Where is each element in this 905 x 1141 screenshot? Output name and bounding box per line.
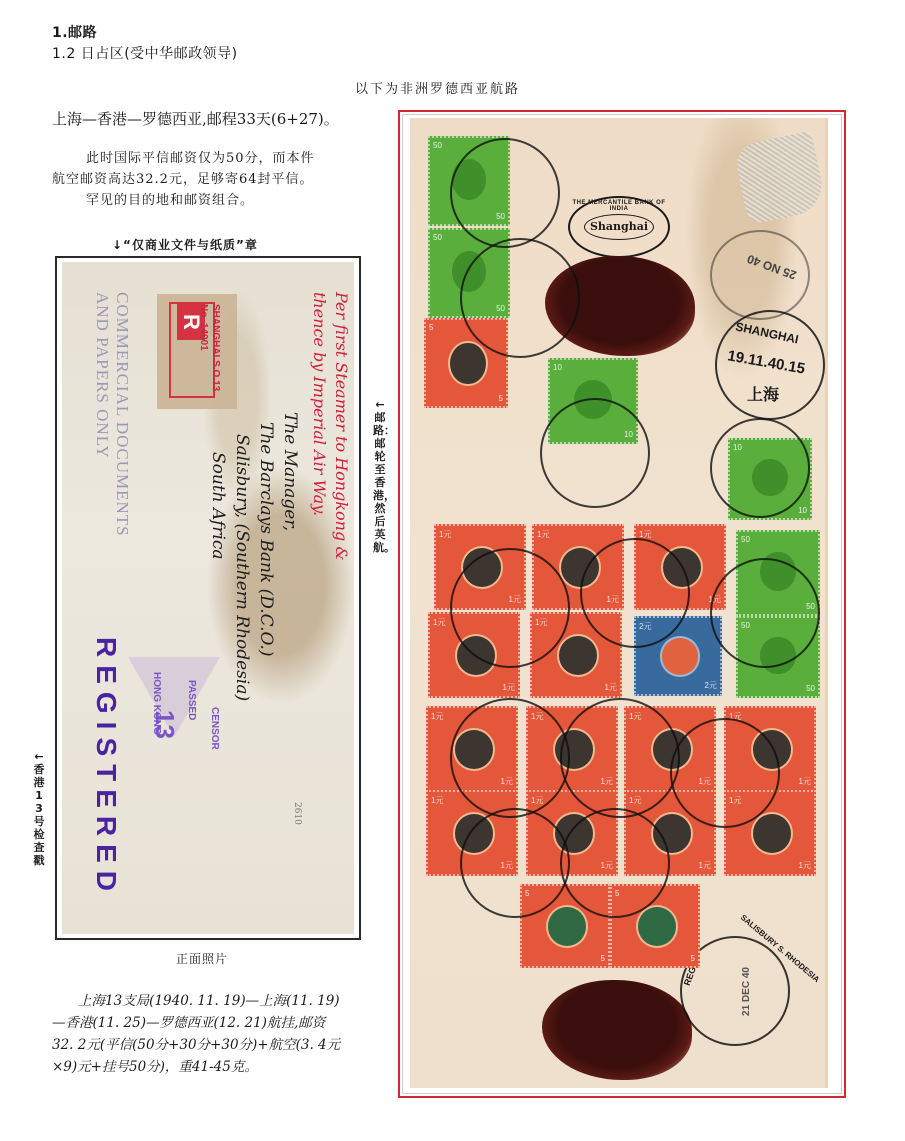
commercial-stamp-line: AND PAPERS ONLY [92, 292, 112, 537]
routing-instruction: Per first Steamer to Hongkong & thence b… [308, 292, 352, 561]
stamp-value: 1元 [699, 860, 711, 871]
stamp-portrait [557, 634, 600, 677]
front-photo-caption: 正面照片 [176, 950, 228, 967]
stamp-value: 5 [499, 394, 503, 403]
cancellation-postmark [560, 808, 670, 918]
route-note: 以下为非洲罗德西亚航路 [355, 78, 520, 97]
cancellation-postmark [450, 138, 560, 248]
pencil-note: 2610 [292, 802, 302, 825]
postage-description: 此时国际平信邮资仅为50分，而本件 航空邮资高达32.2元，足够寄64封平信。 … [52, 148, 372, 211]
cancellation-postmark [710, 418, 810, 518]
stamp-value: 5 [429, 323, 433, 332]
stamp-value: 1元 [431, 711, 443, 722]
cancellation-postmark [670, 718, 780, 828]
stamp-value: 5 [691, 954, 695, 963]
front-cover-frame: R SHANGHAI S.O.13 No. 14001 COMMERCIAL D… [55, 256, 361, 940]
recipient-address: The Manager, The Barclays Bank (D.C.O.) … [206, 412, 302, 701]
route-side-note: ←邮路：邮轮至香港，然后英航。 [373, 398, 387, 554]
itinerary-text: 上海13支局(1940. 11. 19)—上海(11. 19) —香港(11. … [52, 990, 372, 1078]
cancellation-postmark [540, 398, 650, 508]
address-line: The Barclays Bank (D.C.O.) [254, 412, 278, 701]
cancellation-postmark [460, 238, 580, 358]
cancellation-postmark [460, 808, 570, 918]
postmark-city: SHANGHAI [734, 319, 800, 346]
stamp-value: 1元 [433, 617, 445, 628]
stamp-value: 1元 [799, 860, 811, 871]
route-summary: 上海—香港—罗德西亚,邮程33天(6+27)。 [52, 108, 339, 129]
stamp-value: 1元 [431, 795, 443, 806]
routing-line: Per first Steamer to Hongkong & [330, 292, 352, 561]
address-line: The Manager, [278, 412, 302, 701]
stamp-value: 2元 [705, 680, 717, 691]
address-line: Salisbury, (Southern Rhodesia) [230, 412, 254, 701]
section-heading: 1.邮路 [52, 22, 97, 42]
stamp-value: 1元 [605, 682, 617, 693]
stamp-portrait [448, 341, 487, 386]
stamp-value: 50 [433, 141, 442, 150]
routing-line: thence by Imperial Air Way. [308, 292, 330, 561]
front-cover-photo: R SHANGHAI S.O.13 No. 14001 COMMERCIAL D… [62, 262, 354, 934]
stamp-value: 1元 [439, 529, 451, 540]
cancellation-postmark [450, 548, 570, 668]
stamp-value: 10 [798, 506, 807, 515]
postmark-date: 25 NO 40 [745, 252, 798, 283]
stamp-value: 1元 [503, 682, 515, 693]
commercial-documents-stamp: COMMERCIAL DOCUMENTS AND PAPERS ONLY [92, 292, 132, 537]
cancellation-postmark [710, 558, 820, 668]
stamp-portrait [751, 812, 794, 855]
registration-office: SHANGHAI S.O.13 [209, 304, 221, 391]
stamp-value: 50 [806, 684, 815, 693]
description-line: 航空邮资高达32.2元，足够寄64封平信。 [52, 169, 372, 190]
stamp-value: 1元 [799, 776, 811, 787]
censor-side-note: ←香港13号检查戳 [32, 750, 46, 867]
back-cover-photo: THE MERCANTILE BANK OF INDIA Shanghai SH… [410, 118, 828, 1088]
hongkong-postmark: 25 NO 40 [710, 230, 810, 320]
description-line: 罕见的目的地和邮资组合。 [52, 190, 372, 211]
cancellation-postmark [450, 698, 570, 818]
bank-seal: THE MERCANTILE BANK OF INDIA Shanghai [568, 196, 670, 258]
wax-seal [542, 980, 692, 1080]
itinerary-line: 32. 2元(平信(50分+30分+30分)+航空(3. 4元 [52, 1034, 372, 1056]
censor-label: CENSOR [208, 707, 220, 750]
stamp-value: 5 [601, 954, 605, 963]
registered-handstamp: REGISTERED [90, 637, 122, 899]
registration-label: R SHANGHAI S.O.13 No. 14001 [157, 294, 237, 409]
subsection-heading: 1.2 日占区(受中华邮政领导) [52, 43, 238, 63]
stamp-portrait [636, 905, 678, 947]
censor-place: HONG KONG [150, 672, 162, 735]
back-cover-frame: THE MERCANTILE BANK OF INDIA Shanghai SH… [398, 110, 846, 1098]
cancellation-postmark [580, 538, 690, 648]
stamp-value: 10 [553, 363, 562, 372]
postmark-date: 19.11.40.15 [726, 347, 806, 377]
itinerary-line: 上海13支局(1940. 11. 19)—上海(11. 19) [52, 990, 372, 1012]
stamp-value: 1元 [537, 529, 549, 540]
stamp-portrait [660, 636, 701, 676]
itinerary-line: ×9)元+挂号50分)，重41-45克。 [52, 1056, 372, 1078]
stamp-portrait [546, 905, 588, 947]
description-line: 此时国际平信邮资仅为50分，而本件 [52, 148, 372, 169]
registration-number: No. 14001 [197, 304, 209, 391]
shanghai-postmark: SHANGHAI 19.11.40.15 上海 [715, 310, 825, 420]
repair-gauze [733, 131, 828, 226]
censor-passed: PASSED [185, 680, 197, 720]
postmark-chinese: 上海 [747, 382, 779, 405]
stamp-value: 50 [433, 233, 442, 242]
itinerary-line: —香港(11. 25)—罗德西亚(12. 21)航挂,邮资 [52, 1012, 372, 1034]
cancellation-postmark [560, 698, 680, 818]
commercial-stamp-line: COMMERCIAL DOCUMENTS [112, 292, 132, 537]
stamp-value: 50 [741, 535, 750, 544]
bank-seal-ring: THE MERCANTILE BANK OF INDIA [570, 200, 668, 212]
bank-seal-city: Shanghai [585, 220, 653, 233]
commercial-stamp-note: ↓“仅商业文件与纸质”章 [112, 236, 258, 253]
postmark-date: 21 DEC 40 [741, 967, 752, 1016]
